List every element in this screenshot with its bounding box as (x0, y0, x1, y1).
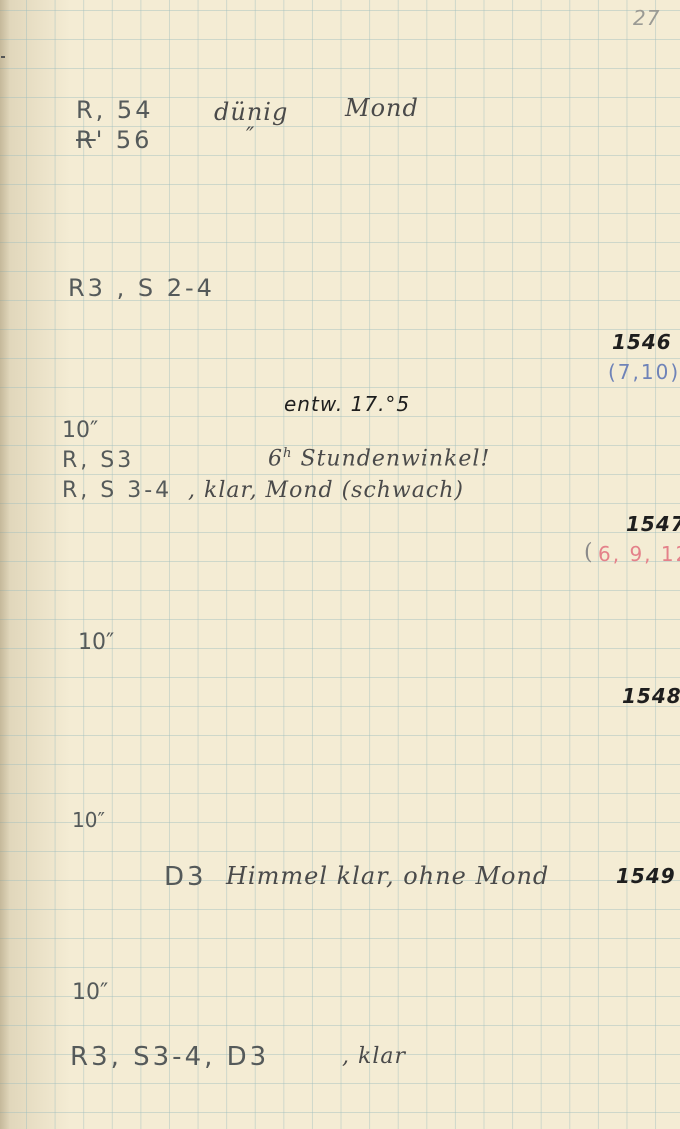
plate-number-1547: 1547 (626, 512, 680, 536)
entry-3-conditions: , klar, Mond (schwach) (188, 478, 464, 503)
exposure-10s-1: 10″ (62, 418, 98, 443)
entry-3-code-line-1: R, S3 (62, 448, 134, 473)
entry-1-note-mond: Mond (345, 94, 419, 122)
hour-value: 6 (268, 446, 283, 471)
plate-ref-1546: (7,10) (608, 360, 680, 384)
entry-1-note-duenig: dünig (214, 98, 288, 126)
hour-angle-text: Stundenwinkel! (293, 446, 491, 471)
entry-6-code: R3, S3-4, D3 (70, 1042, 269, 1072)
exposure-10s-2: 10″ (78, 630, 114, 655)
page-number: 27 (633, 6, 660, 30)
exposure-10s-4: 10″ (72, 980, 108, 1005)
development-note: entw. 17.°5 (284, 392, 410, 416)
hour-unit: h (283, 446, 293, 461)
plate-number-1549: 1549 (616, 864, 676, 888)
ditto-mark: ″ (246, 124, 255, 149)
entry-6-conditions: , klar (342, 1044, 406, 1069)
plate-ref-1547: 6, 9, 12 (598, 542, 680, 566)
exposure-10s-3: 10″ (72, 808, 105, 832)
plate-number-1546: 1546 (612, 330, 672, 354)
entry-5-conditions: Himmel klar, ohne Mond (226, 862, 549, 890)
entry-1-code-line-2: R' 56 (76, 126, 152, 154)
entry-5-code: D3 (164, 862, 207, 892)
hour-angle-note: 6h Stundenwinkel! (268, 446, 490, 471)
struck-code: R (76, 126, 96, 154)
entry-2-code: R3 , S 2-4 (68, 274, 215, 302)
plate-ref-1547-paren: ( (584, 540, 594, 565)
notebook-page: 27 R, 54 dünig Mond R' 56 ″ R3 , S 2-4 1… (0, 0, 680, 1129)
entry-3-code-line-2: R, S 3-4 (62, 478, 172, 503)
code-value: ' 56 (96, 126, 153, 154)
margin-mark (1, 56, 5, 58)
plate-number-1548: 1548 (622, 684, 680, 708)
entry-1-code-line-1: R, 54 (76, 96, 153, 124)
